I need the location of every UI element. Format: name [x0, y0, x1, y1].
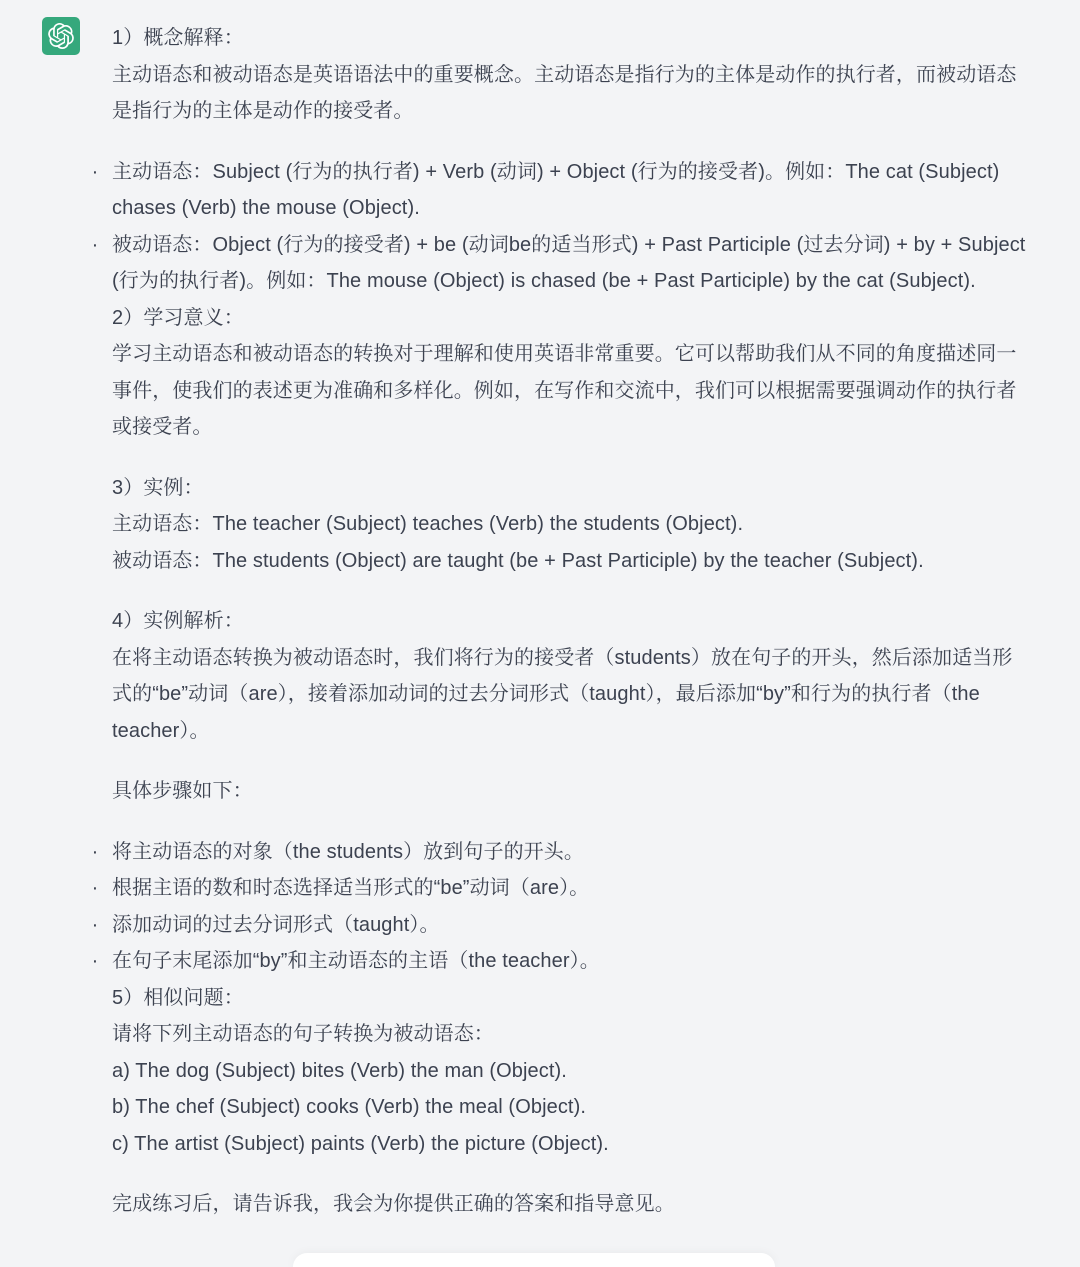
paragraph-examples: 3）实例： 主动语态：The teacher (Subject) teaches… — [112, 470, 1030, 580]
list-item: · 将主动语态的对象（the students）放到句子的开头。 — [112, 834, 1030, 871]
openai-logo-icon — [48, 23, 74, 49]
paragraph-closing: 完成练习后，请告诉我，我会为你提供正确的答案和指导意见。 — [112, 1186, 1030, 1223]
text-line: 4）实例解析： — [112, 603, 1030, 640]
text-line: 3）实例： — [112, 470, 1030, 507]
text-line: 学习主动语态和被动语态的转换对于理解和使用英语非常重要。它可以帮助我们从不同的角… — [112, 336, 1030, 446]
text-line: 被动语态：Object (行为的接受者) + be (动词be的适当形式) + … — [112, 227, 1030, 300]
bullet-list-voice-structures: · 主动语态：Subject (行为的执行者) + Verb (动词) + Ob… — [112, 154, 1030, 446]
message-content: 1）概念解释： 主动语态和被动语态是英语语法中的重要概念。主动语态是指行为的主体… — [112, 20, 1030, 1223]
text-line: a) The dog (Subject) bites (Verb) the ma… — [112, 1053, 1030, 1090]
list-item: · 根据主语的数和时态选择适当形式的“be”动词（are）。 — [112, 870, 1030, 907]
text-line: 具体步骤如下： — [112, 773, 1030, 810]
text-line: 主动语态和被动语态是英语语法中的重要概念。主动语态是指行为的主体是动作的执行者，… — [112, 57, 1030, 130]
text-line: 请将下列主动语态的句子转换为被动语态： — [112, 1016, 1030, 1053]
bullet-icon: · — [89, 907, 101, 944]
text-line: 将主动语态的对象（the students）放到句子的开头。 — [112, 834, 1030, 871]
text-line: 添加动词的过去分词形式（taught）。 — [112, 907, 1030, 944]
text-line: 主动语态：Subject (行为的执行者) + Verb (动词) + Obje… — [112, 154, 1030, 227]
text-line: 5）相似问题： — [112, 980, 1030, 1017]
assistant-message: 1）概念解释： 主动语态和被动语态是英语语法中的重要概念。主动语态是指行为的主体… — [0, 0, 1080, 1223]
text-line: c) The artist (Subject) paints (Verb) th… — [112, 1126, 1030, 1163]
bullet-icon: · — [89, 834, 101, 871]
text-line: 根据主语的数和时态选择适当形式的“be”动词（are）。 — [112, 870, 1030, 907]
paragraph-example-analysis: 4）实例解析： 在将主动语态转换为被动语态时，我们将行为的接受者（student… — [112, 603, 1030, 749]
paragraph-concept: 1）概念解释： 主动语态和被动语态是英语语法中的重要概念。主动语态是指行为的主体… — [112, 20, 1030, 130]
text-line: 1）概念解释： — [112, 20, 1030, 57]
list-item: · 添加动词的过去分词形式（taught）。 — [112, 907, 1030, 944]
bullet-list-steps: · 将主动语态的对象（the students）放到句子的开头。 · 根据主语的… — [112, 834, 1030, 1163]
text-line: 在将主动语态转换为被动语态时，我们将行为的接受者（students）放在句子的开… — [112, 640, 1030, 750]
text-line: b) The chef (Subject) cooks (Verb) the m… — [112, 1089, 1030, 1126]
paragraph-steps-intro: 具体步骤如下： — [112, 773, 1030, 810]
text-line: 在句子末尾添加“by”和主动语态的主语（the teacher）。 — [112, 943, 1030, 980]
text-line: 2）学习意义： — [112, 300, 1030, 337]
list-item: · 主动语态：Subject (行为的执行者) + Verb (动词) + Ob… — [112, 154, 1030, 227]
bullet-icon: · — [89, 870, 101, 907]
assistant-avatar — [42, 17, 80, 55]
chat-input[interactable] — [293, 1253, 775, 1267]
bullet-icon: · — [89, 227, 101, 264]
text-line: 主动语态：The teacher (Subject) teaches (Verb… — [112, 506, 1030, 543]
bullet-icon: · — [89, 154, 101, 191]
text-line: 被动语态：The students (Object) are taught (b… — [112, 543, 1030, 580]
text-line: 完成练习后，请告诉我，我会为你提供正确的答案和指导意见。 — [112, 1186, 1030, 1223]
list-item: · 被动语态：Object (行为的接受者) + be (动词be的适当形式) … — [112, 227, 1030, 446]
bullet-icon: · — [89, 943, 101, 980]
list-item: · 在句子末尾添加“by”和主动语态的主语（the teacher）。 5）相似… — [112, 943, 1030, 1162]
